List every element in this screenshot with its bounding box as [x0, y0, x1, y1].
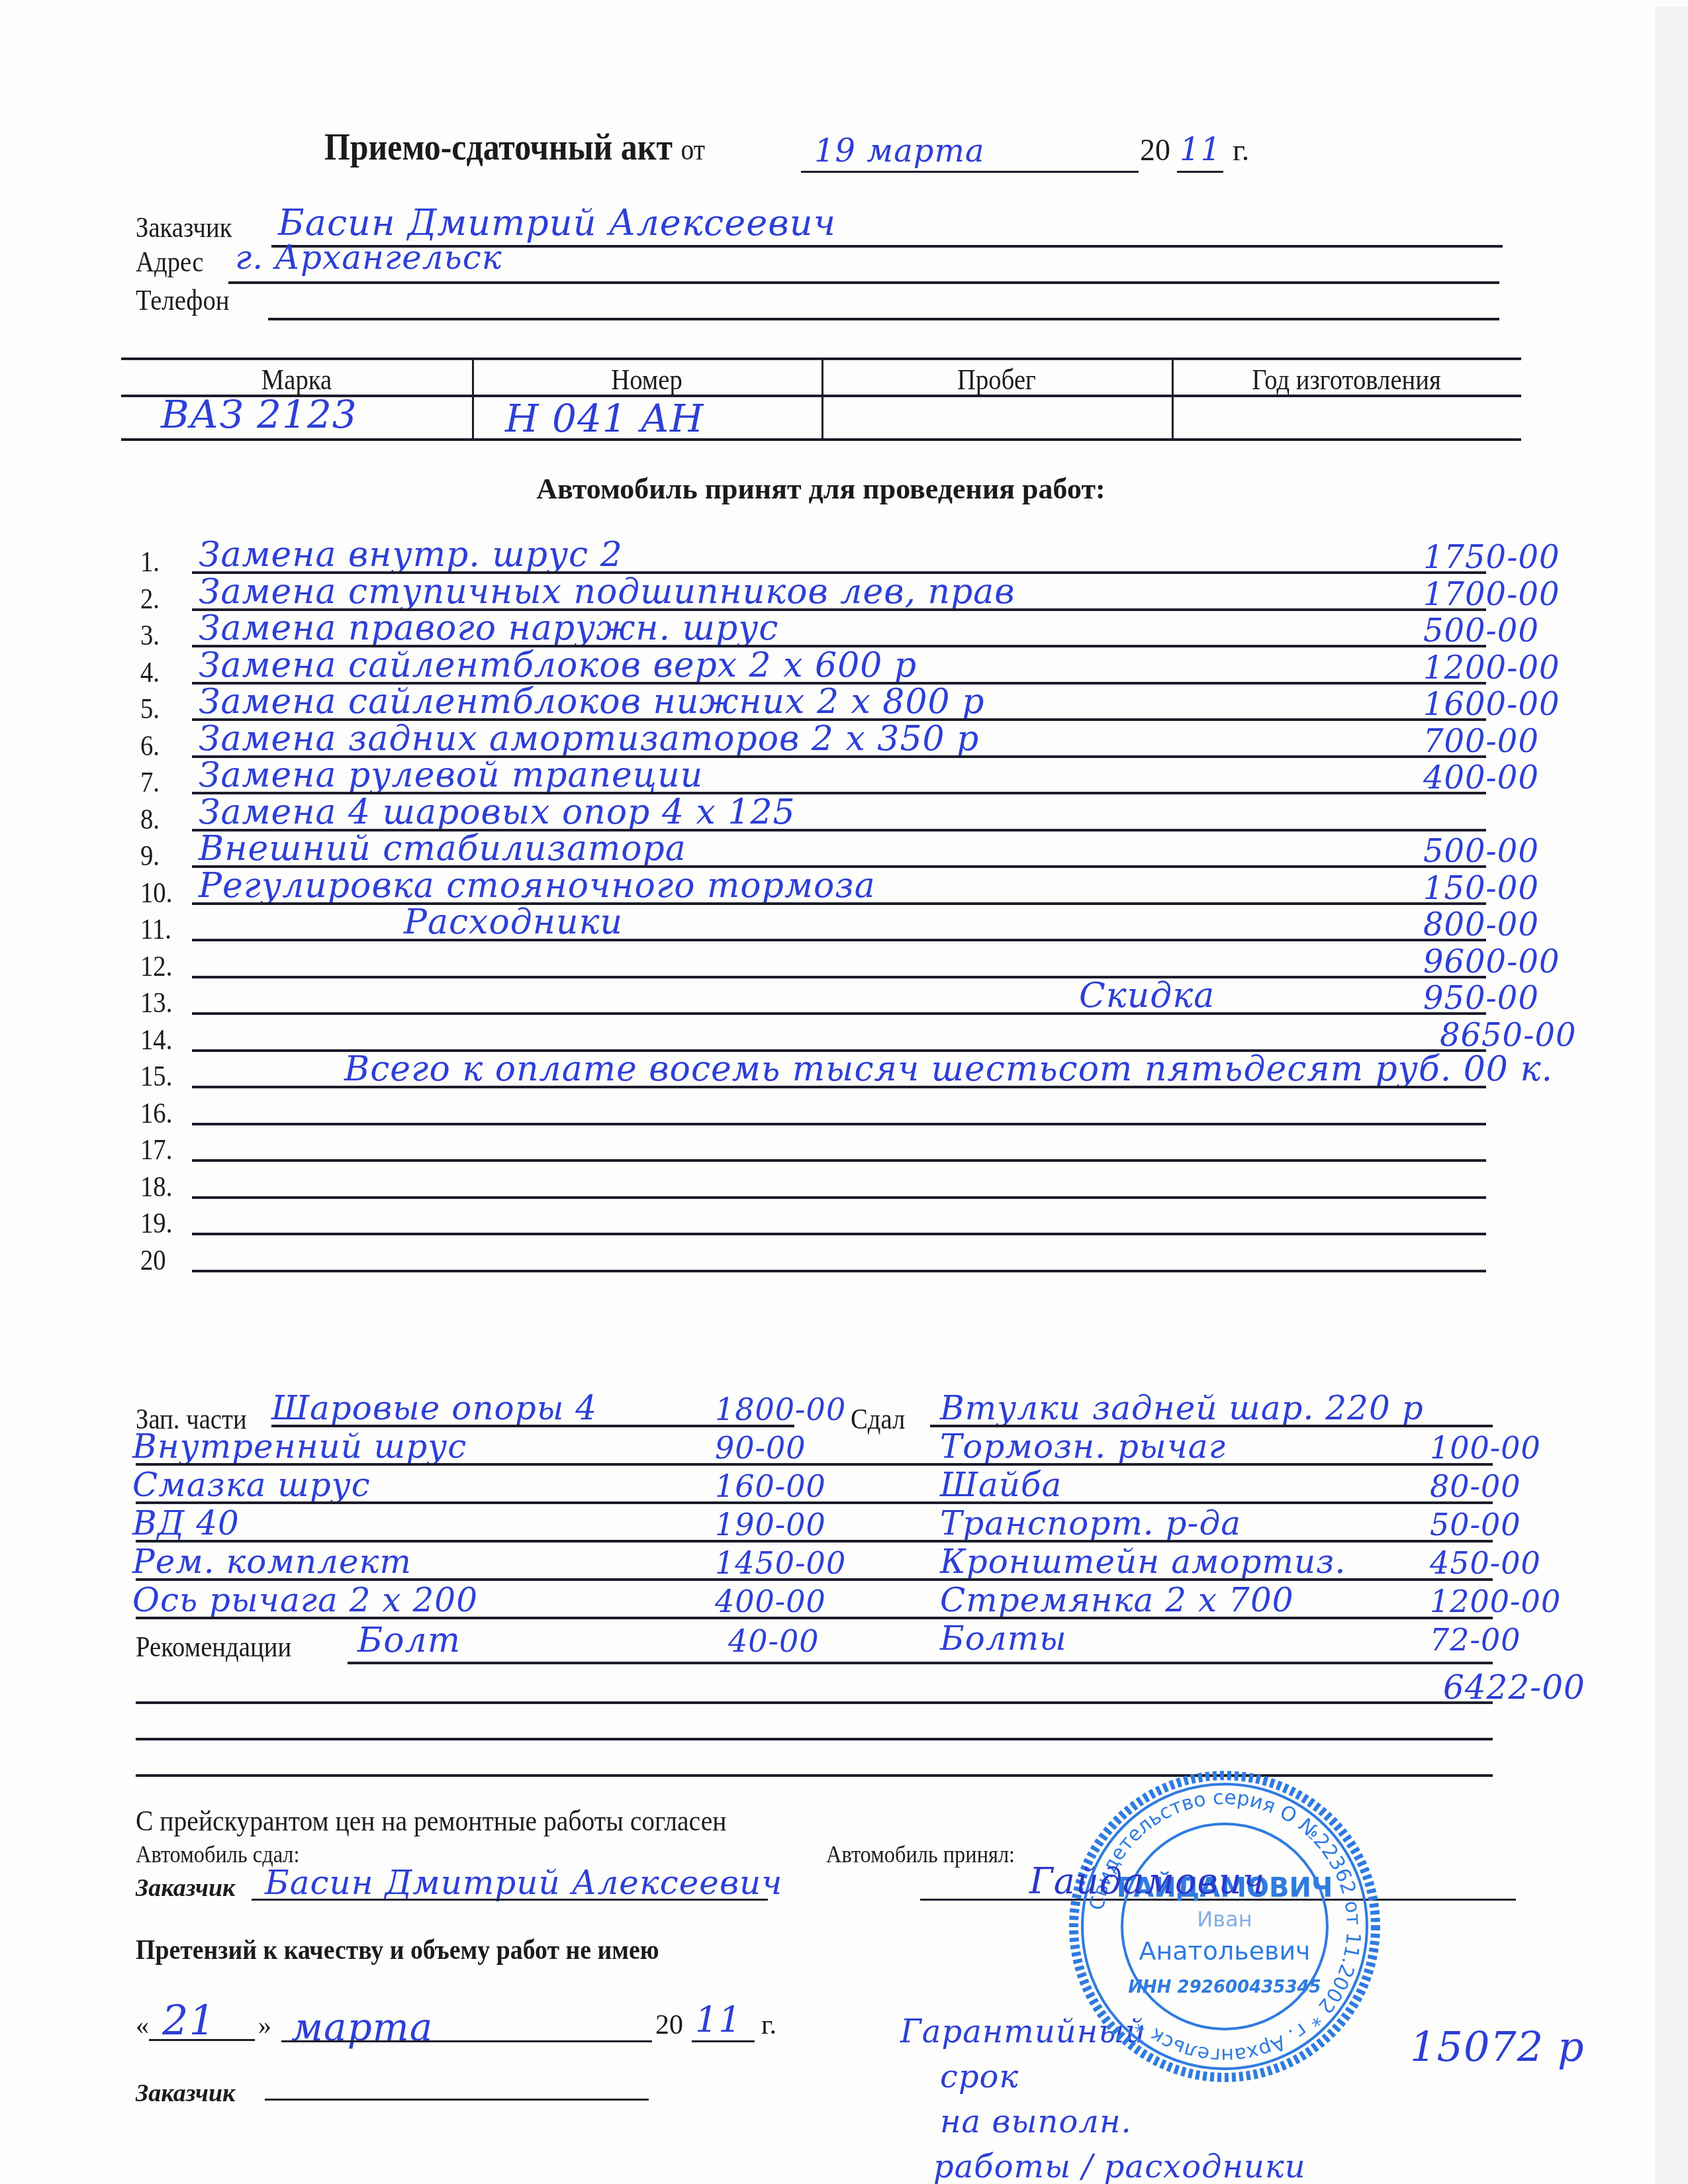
work-description[interactable]: Замена задних амортизаторов 2 х 350 р [199, 719, 979, 759]
signoff-year[interactable]: 11 [695, 1999, 742, 2041]
svg-text:Иван: Иван [1197, 1907, 1252, 1932]
part-name[interactable]: ВД 40 [132, 1504, 240, 1543]
work-description[interactable]: Замена внутр. шрус 2 [199, 535, 623, 575]
svg-text:ИНН 292600435345: ИНН 292600435345 [1128, 1977, 1321, 1997]
handed-label: Сдал [851, 1402, 905, 1436]
work-price[interactable]: 800-00 [1423, 906, 1539, 943]
work-description[interactable]: Замена рулевой трапеции [199, 755, 703, 795]
row-number: 4. [140, 655, 193, 689]
handed-part-name[interactable]: Втулки задней шар. 220 р [940, 1389, 1424, 1427]
work-price[interactable]: 500-00 [1423, 833, 1539, 870]
row-number: 12. [140, 949, 193, 983]
work-description[interactable]: Расходники [404, 902, 623, 942]
part-name[interactable]: Рем. комплект [132, 1543, 412, 1581]
handed-part-price[interactable]: 450-00 [1430, 1545, 1541, 1581]
recommendations-label: Рекомендации [136, 1630, 291, 1664]
col-mileage: Пробег [843, 363, 1151, 397]
vehicle-make[interactable]: ВАЗ 2123 [161, 392, 357, 437]
work-price[interactable]: 1750-00 [1423, 539, 1560, 576]
phone-label: Телефон [136, 283, 230, 317]
part-price[interactable]: 1800-00 [715, 1392, 846, 1427]
handed-part-name[interactable]: Стремянка 2 х 700 [940, 1581, 1294, 1619]
signoff-year-prefix: 20 [655, 2009, 683, 2041]
work-price[interactable]: 400-00 [1423, 759, 1539, 796]
handed-part-price[interactable]: 72-00 [1430, 1622, 1521, 1658]
vehicle-number[interactable]: Н 041 АН [505, 396, 704, 441]
row-number: 2. [140, 582, 193, 616]
parts-total[interactable]: 6422-00 [1443, 1668, 1585, 1707]
row-number: 6. [140, 729, 193, 763]
work-description[interactable]: Замена сайлентблоков нижних 2 х 800 р [199, 682, 984, 722]
recommendations-field[interactable]: Болт [357, 1621, 461, 1660]
row-number: 5. [140, 692, 193, 726]
car-accepted-label: Автомобиль принял: [826, 1840, 1015, 1868]
document-date[interactable]: 19 марта [814, 132, 985, 169]
work-price[interactable]: 950-00 [1423, 980, 1539, 1017]
work-description[interactable]: Замена ступичных подшипников лев, прав [199, 572, 1015, 612]
acceptor-signature[interactable]: Гайдамович [1029, 1860, 1265, 1902]
price-agree-text: С прейскурантом цен на ремонтные работы … [136, 1804, 726, 1838]
row-number: 13. [140, 986, 193, 1020]
works-title: Автомобиль принят для проведения работ: [0, 472, 1642, 506]
work-description[interactable]: Всего к оплате восемь тысяч шестьсот пят… [344, 1049, 1553, 1089]
work-description[interactable]: Внешний стабилизатора [199, 829, 686, 869]
no-claims-text: Претензий к качеству и объему работ не и… [136, 1934, 659, 1966]
title-text: Приемо-сдаточный акт [324, 125, 673, 168]
signoff-month[interactable]: марта [291, 2005, 433, 2050]
year-suffix: г. [1233, 132, 1249, 167]
date-prefix: от [680, 132, 705, 166]
handed-part-price[interactable]: 1200-00 [1430, 1584, 1561, 1619]
work-price[interactable]: 1700-00 [1423, 576, 1560, 613]
work-price[interactable]: 700-00 [1423, 723, 1539, 760]
work-description[interactable]: Регулировка стояночного тормоза [199, 866, 876, 906]
document-title: Приемо-сдаточный акт от [324, 124, 705, 169]
row-number: 17. [140, 1133, 193, 1166]
row-number: 19. [140, 1206, 193, 1240]
row-number: 10. [140, 876, 193, 910]
part-name[interactable]: Ось рычага 2 х 200 [132, 1581, 478, 1619]
address-label: Адрес [136, 245, 203, 279]
grand-total[interactable]: 15072 р [1410, 2022, 1585, 2071]
row-number: 18. [140, 1170, 193, 1204]
work-description[interactable]: Скидка [1079, 976, 1215, 1016]
col-year: Год изготовления [1193, 363, 1501, 397]
address-field[interactable]: г. Архангельск [235, 238, 502, 277]
handed-part-price[interactable]: 100-00 [1430, 1430, 1541, 1466]
handed-part-name[interactable]: Шайба [940, 1466, 1062, 1504]
row-number: 14. [140, 1023, 193, 1057]
row-number: 7. [140, 765, 193, 799]
customer-signature[interactable]: Басин Дмитрий Алексеевич [265, 1864, 782, 1902]
col-number: Номер [493, 363, 801, 397]
row-number: 11. [140, 912, 193, 946]
handed-part-price[interactable]: 80-00 [1430, 1468, 1521, 1504]
handed-part-name[interactable]: Болты [940, 1619, 1067, 1658]
row-number: 16. [140, 1096, 193, 1130]
vehicle-table: Марка Номер Пробег Год изготовления ВАЗ … [121, 357, 1521, 440]
part-name[interactable]: Смазка шрус [132, 1466, 371, 1504]
seal-stamp-icon: Свидетельство серия О №22362 от 11.2002 … [1059, 1761, 1390, 2092]
work-price[interactable]: 500-00 [1423, 612, 1539, 649]
document-year[interactable]: 11 [1180, 131, 1221, 168]
part-price[interactable]: 1450-00 [715, 1545, 846, 1581]
handed-part-name[interactable]: Транспорт. р-да [940, 1504, 1241, 1543]
year-prefix: 20 [1140, 132, 1170, 167]
work-price[interactable]: 150-00 [1423, 870, 1539, 907]
part-name[interactable]: Внутренний шрус [132, 1427, 467, 1466]
quote-close: » [258, 2009, 271, 2040]
recommendations-price[interactable]: 40-00 [728, 1623, 820, 1659]
svg-text:Анатольевич: Анатольевич [1139, 1936, 1310, 1966]
note-line-4: работы / расходники [900, 2144, 1306, 2184]
signoff-year-suffix: г. [761, 2009, 776, 2041]
work-price[interactable]: 1200-00 [1423, 649, 1560, 687]
row-number: 8. [140, 802, 193, 836]
part-price[interactable]: 190-00 [715, 1507, 826, 1543]
scan-edge [1656, 7, 1688, 2184]
note-line-3: на выполн. [900, 2099, 1306, 2144]
handed-part-price[interactable]: 50-00 [1430, 1507, 1521, 1543]
row-number: 1. [140, 545, 193, 579]
customer-field[interactable]: Басин Дмитрий Алексеевич [278, 202, 836, 244]
handed-part-name[interactable]: Кронштейн амортиз. [940, 1543, 1346, 1581]
handed-part-name[interactable]: Тормозн. рычаг [940, 1427, 1226, 1466]
customer-label: Заказчик [136, 211, 232, 244]
work-price[interactable]: 8650-00 [1440, 1017, 1576, 1054]
work-description[interactable]: Замена 4 шаровых опор 4 х 125 [199, 792, 796, 832]
part-price[interactable]: 160-00 [715, 1468, 826, 1504]
row-number: 15. [140, 1059, 193, 1093]
signoff-day[interactable]: 21 [162, 1996, 216, 2044]
work-description[interactable]: Замена правого наружн. шрус [199, 608, 779, 648]
work-price[interactable]: 1600-00 [1423, 686, 1560, 723]
row-number: 9. [140, 839, 193, 873]
part-price[interactable]: 90-00 [715, 1430, 806, 1466]
footer-customer-label: Заказчик [136, 1874, 235, 1903]
final-customer-label: Заказчик [136, 2079, 235, 2108]
part-price[interactable]: 400-00 [715, 1584, 826, 1619]
work-price[interactable]: 9600-00 [1423, 943, 1560, 980]
work-description[interactable]: Замена сайлентблоков верх 2 х 600 р [199, 645, 917, 685]
part-name[interactable]: Шаровые опоры 4 [271, 1389, 597, 1427]
quote-open: « [136, 2009, 149, 2040]
row-number: 3. [140, 618, 193, 652]
row-number: 20 [140, 1243, 193, 1277]
